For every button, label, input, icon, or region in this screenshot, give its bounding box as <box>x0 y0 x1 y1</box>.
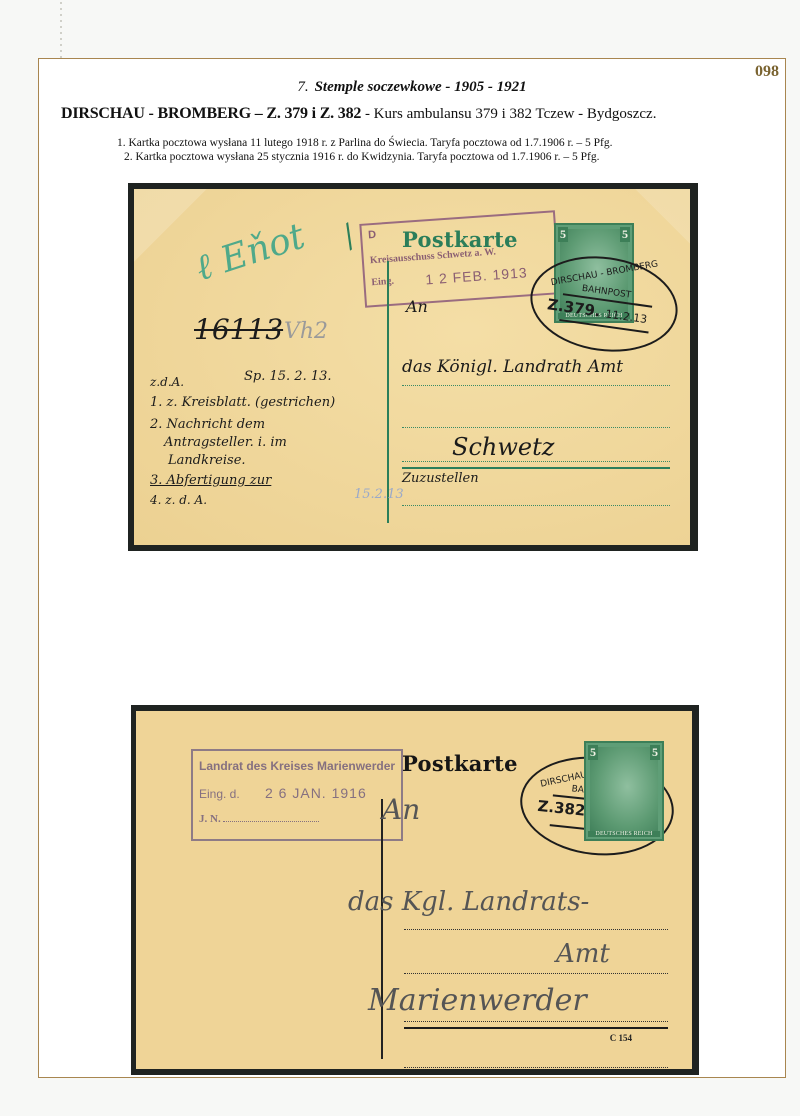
card-description-2: 2. Kartka pocztowa wysłana 25 stycznia 1… <box>124 151 599 163</box>
stamp-country-label: DEUTSCHES REICH <box>588 831 660 837</box>
handwritten-below-city: Zuzustellen <box>402 471 479 486</box>
box-stamp-line3: Eing. <box>371 276 394 289</box>
address-dotted-line <box>402 505 670 506</box>
card-description-1: 1. Kartka pocztowa wysłana 11 lutego 191… <box>117 137 613 149</box>
receipt-box-stamp: Landrat des Kreises Marienwerder Eing. d… <box>191 749 403 841</box>
address-dotted-line <box>402 461 670 462</box>
box-stamp-line2: Kreisausschuss Schwetz a. W. <box>370 246 497 266</box>
headline-route: DIRSCHAU - BROMBERG – Z. 379 i Z. 382 <box>61 105 361 122</box>
postmark-route: DIRSCHAU - BROMBERG <box>550 259 659 288</box>
stamp-value-left: 5 <box>558 227 568 242</box>
address-dotted-line <box>402 427 670 428</box>
handwritten-note: Antragsteller. i. im <box>164 435 287 450</box>
postcard-mount-1: Postkarte D Kreisausschuss Schwetz a. W.… <box>128 183 698 551</box>
handwritten-an: An <box>382 793 420 826</box>
page-headline: DIRSCHAU - BROMBERG – Z. 379 i Z. 382 - … <box>61 105 656 123</box>
handwritten-note: 4. z. d. A. <box>150 493 207 507</box>
section-title-text: Stemple soczewkowe - 1905 - 1921 <box>315 79 527 95</box>
box-stamp-date: 1 2 FEB. 1913 <box>425 264 528 287</box>
box-stamp-line3: J. N. <box>199 813 319 825</box>
box-stamp-line1: Landrat des Kreises Marienwerder <box>199 759 395 773</box>
handwritten-note: 1. z. Kreisblatt. (gestrichen) <box>150 395 335 410</box>
handwritten-note: z.d.A. <box>150 375 184 389</box>
headline-description: - Kurs ambulansu 379 i 382 Tczew - Bydgo… <box>361 106 656 122</box>
handwritten-address: das Kgl. Landrats- <box>348 887 589 917</box>
postcard-2: Landrat des Kreises Marienwerder Eing. d… <box>136 711 692 1069</box>
postmark-day: 11.2.13 <box>605 307 648 326</box>
box-stamp-line2: Eing. d. <box>199 787 240 801</box>
address-divider-line <box>381 799 383 1059</box>
postage-stamp-germania: 5 5 DEUTSCHES REICH <box>584 741 664 841</box>
handwritten-city: Marienwerder <box>368 983 587 1018</box>
address-dotted-line <box>402 385 670 386</box>
address-dotted-line <box>404 1021 668 1022</box>
handwritten-note: Sp. 15. 2. 13. <box>244 369 332 384</box>
green-pencil-mark: ℓ Eňot <box>190 215 310 290</box>
address-dotted-line <box>404 1067 668 1068</box>
section-title: 7.Stemple soczewkowe - 1905 - 1921 <box>39 79 785 96</box>
form-code: C 154 <box>610 1033 632 1043</box>
handwritten-address: das Königl. Landrath Amt <box>402 357 623 377</box>
postcard-1: Postkarte D Kreisausschuss Schwetz a. W.… <box>134 189 690 545</box>
handwritten-note: 2. Nachricht dem <box>150 417 265 432</box>
blue-pencil-note: 15.2.13 <box>354 487 404 502</box>
handwritten-city: Schwetz <box>452 433 554 461</box>
address-underline <box>404 1027 668 1029</box>
postcard-mount-2: Landrat des Kreises Marienwerder Eing. d… <box>131 705 699 1075</box>
stamp-value-left: 5 <box>588 745 598 760</box>
handwritten-note: Landkreise. <box>168 453 246 468</box>
address-underline <box>402 467 670 469</box>
germania-portrait-icon <box>590 747 658 835</box>
box-stamp-line1: D <box>368 229 377 242</box>
postcard-title: Postkarte <box>402 751 518 776</box>
handwritten-an: An <box>406 297 428 316</box>
address-dotted-line <box>404 929 668 930</box>
box-stamp-date: 2 6 JAN. 1916 <box>265 785 367 801</box>
postmark-train: Z.382 <box>537 797 587 820</box>
postmark-date: Z.382 <box>537 797 587 820</box>
handwritten-address-line2: Amt <box>556 939 610 969</box>
address-divider-line <box>387 261 389 523</box>
pencil-mark: Vh2 <box>284 319 328 344</box>
handwritten-note: 3. Abfertigung zur <box>150 473 271 488</box>
address-dotted-line <box>404 973 668 974</box>
handwritten-ref-number: 16113 <box>194 313 283 346</box>
section-number: 7. <box>297 79 308 95</box>
stamp-value-right: 5 <box>650 745 660 760</box>
stamp-value-right: 5 <box>620 227 630 242</box>
